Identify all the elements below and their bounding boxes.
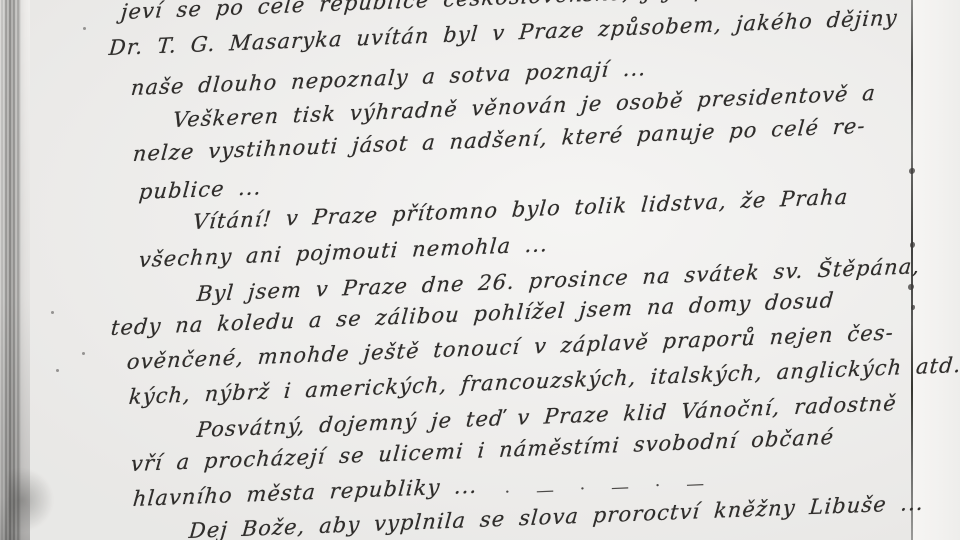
binding-smudge bbox=[8, 468, 54, 532]
paper-speck bbox=[83, 27, 86, 30]
scanned-manuscript-page: jeví se po celé republice československé… bbox=[0, 0, 960, 540]
separator-dashes: · — · — · — bbox=[504, 473, 714, 503]
manuscript-line-7: Vítání! v Praze přítomno bylo tolik lids… bbox=[192, 185, 849, 234]
book-binding-edge bbox=[0, 0, 30, 540]
manuscript-line-8: všechny ani pojmouti nemohla ... bbox=[138, 232, 549, 272]
paper-speck bbox=[82, 352, 85, 355]
manuscript-line-6: publice ... bbox=[138, 175, 263, 204]
manuscript-line-15: hlavního města republiky ... bbox=[132, 474, 479, 511]
paper-speck bbox=[56, 369, 59, 372]
paper-speck bbox=[51, 311, 54, 314]
